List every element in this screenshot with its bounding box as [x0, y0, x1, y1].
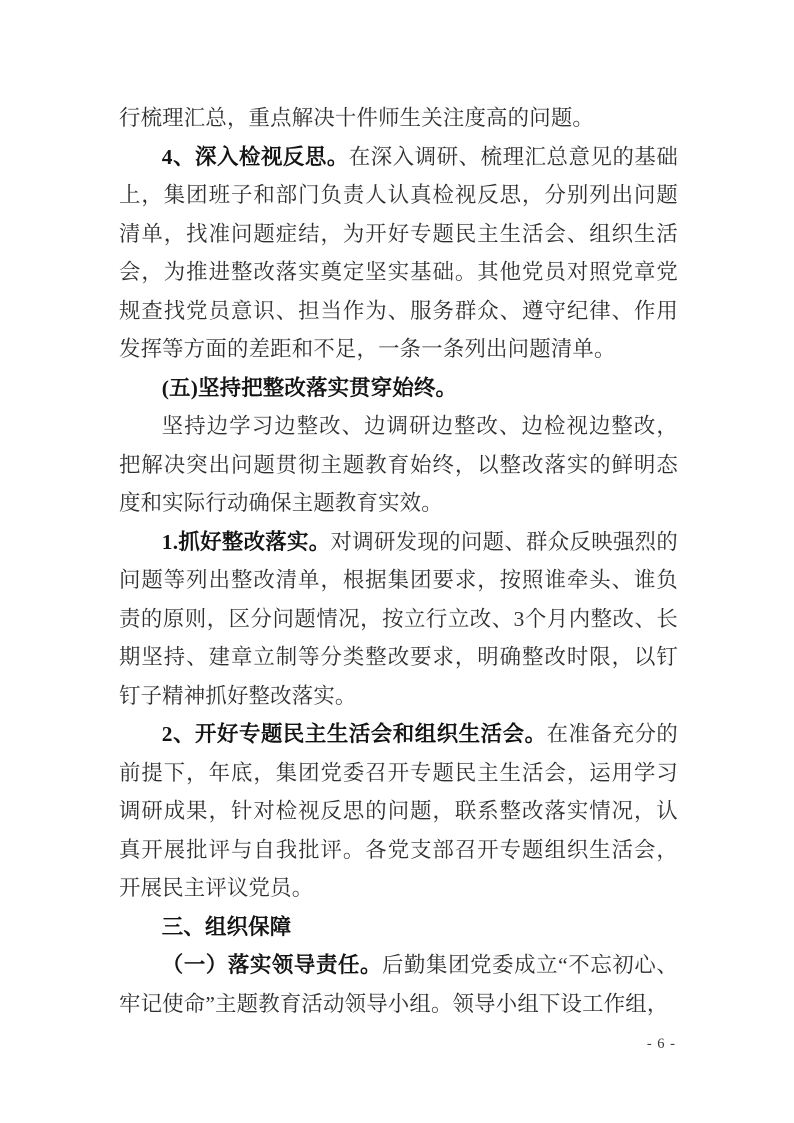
heading-run: (五)坚持把整改落实贯穿始终。	[162, 376, 457, 400]
text-run: 在深入调研、梳理汇总意见的基础上，集团班子和部门负责人认真检视反思，分别列出问题…	[119, 145, 678, 362]
heading-run: 三、组织保障	[162, 915, 292, 939]
heading-run: 2、开好专题民主生活会和组织生活会。	[162, 722, 547, 746]
paragraph-heading-5: (五)坚持把整改落实贯穿始终。	[119, 369, 678, 408]
text-run: 在准备充分的前提下，年底，集团党委召开专题民主生活会，运用学习调研成果，针对检视…	[119, 722, 678, 900]
paragraph-section-org: （一）落实领导责任。后勤集团党委成立“不忘初心、牢记使命”主题教育活动领导小组。…	[119, 946, 678, 1023]
document-body: 行梳理汇总，重点解决十件师生关注度高的问题。 4、深入检视反思。在深入调研、梳理…	[119, 99, 678, 1023]
heading-run: 1.抓好整改落实。	[162, 530, 331, 554]
heading-run: 4、深入检视反思。	[162, 145, 349, 169]
paragraph-heading-3: 三、组织保障	[119, 908, 678, 947]
paragraph-body: 坚持边学习边整改、边调研边整改、边检视边整改，把解决突出问题贯彻主题教育始终，以…	[119, 407, 678, 523]
paragraph-continuation: 行梳理汇总，重点解决十件师生关注度高的问题。	[119, 99, 678, 138]
paragraph-section-4: 4、深入检视反思。在深入调研、梳理汇总意见的基础上，集团班子和部门负责人认真检视…	[119, 138, 678, 369]
page-number: - 6 -	[556, 1036, 676, 1053]
text-run: 行梳理汇总，重点解决十件师生关注度高的问题。	[119, 106, 594, 130]
heading-run: （一）落实领导责任。	[162, 953, 382, 977]
text-run: 对调研发现的问题、群众反映强烈的问题等列出整改清单，根据集团要求，按照谁牵头、谁…	[119, 530, 678, 708]
paragraph-item-1: 1.抓好整改落实。对调研发现的问题、群众反映强烈的问题等列出整改清单，根据集团要…	[119, 523, 678, 716]
text-run: 坚持边学习边整改、边调研边整改、边检视边整改，把解决突出问题贯彻主题教育始终，以…	[119, 414, 678, 515]
paragraph-item-2: 2、开好专题民主生活会和组织生活会。在准备充分的前提下，年底，集团党委召开专题民…	[119, 715, 678, 908]
document-page: 行梳理汇总，重点解决十件师生关注度高的问题。 4、深入检视反思。在深入调研、梳理…	[0, 0, 794, 1123]
